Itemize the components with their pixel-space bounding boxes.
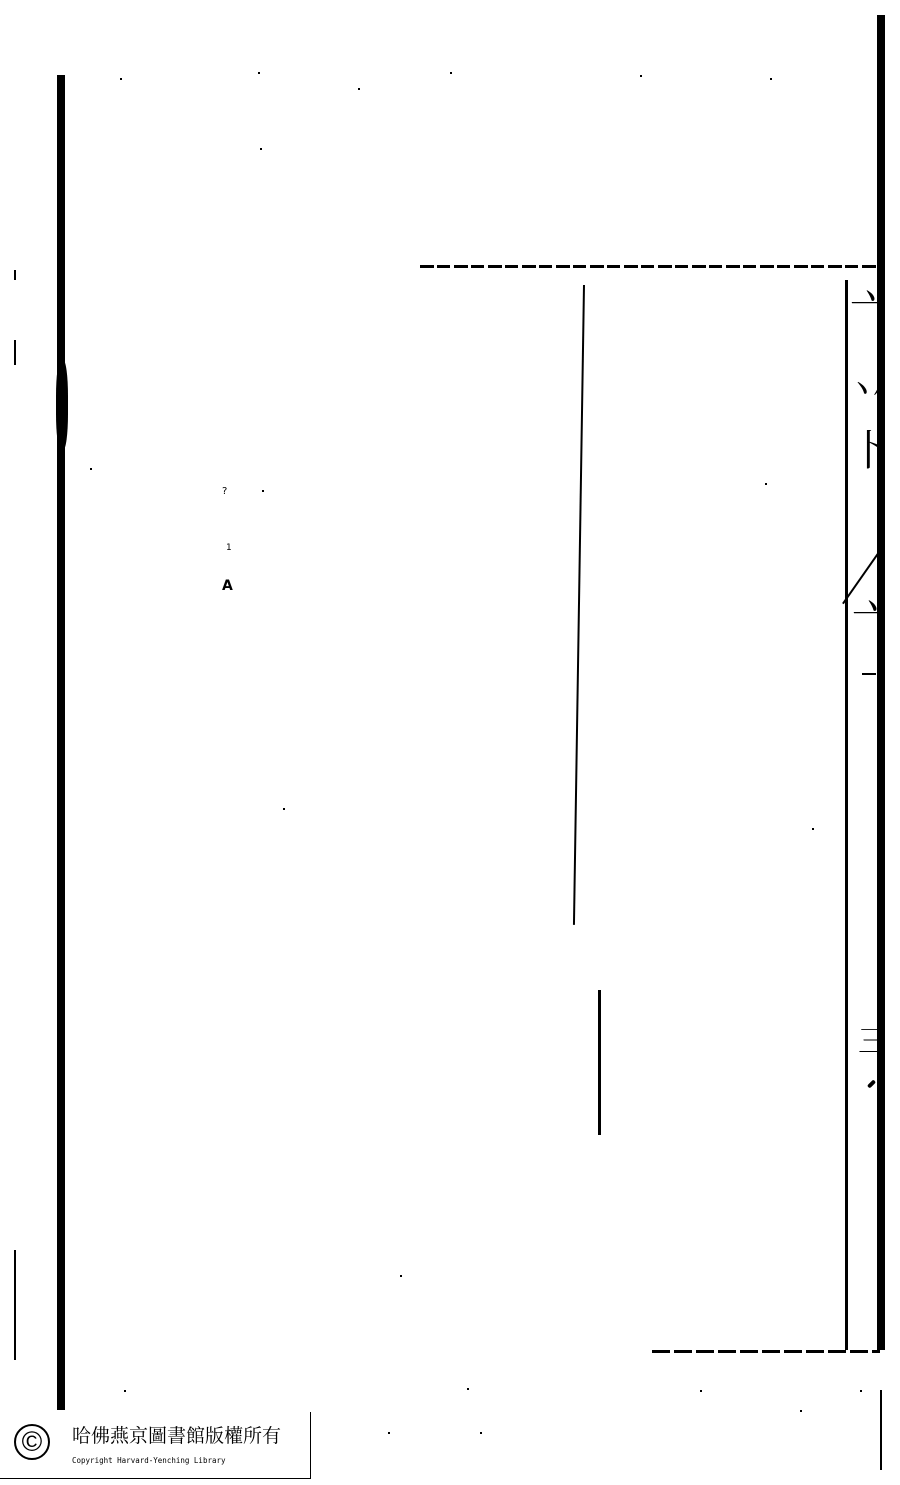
speck: [90, 468, 92, 470]
speck: [480, 1432, 482, 1434]
speck: [770, 78, 772, 80]
copyright-chinese-text: 哈佛燕京圖書館版權所有: [72, 1421, 281, 1448]
speck: [700, 1390, 702, 1392]
margin-char: 亠: [850, 290, 878, 332]
margin-dot-stroke: [867, 1079, 876, 1088]
speck: [258, 72, 260, 74]
stray-mark: ?: [222, 486, 227, 497]
frame-inner-vertical: [845, 280, 848, 1350]
left-binding-line: [57, 75, 65, 1410]
edge-mark: [14, 340, 16, 365]
copyright-icon: ©: [14, 1424, 50, 1460]
margin-char: 亠: [852, 600, 878, 642]
right-page-edge: [877, 15, 885, 1350]
speck: [450, 72, 452, 74]
speck: [260, 148, 262, 150]
speck: [812, 828, 814, 830]
speck: [860, 1390, 862, 1392]
column-divider-line: [573, 285, 585, 925]
copyright-english-text: Copyright Harvard-Yenching Library: [72, 1456, 226, 1465]
edge-mark: [14, 270, 16, 280]
speck: [283, 808, 285, 810]
right-page-edge-lower: [880, 1390, 882, 1470]
frame-bottom-line: [652, 1350, 880, 1353]
margin-char: 丷: [850, 370, 878, 412]
speck: [388, 1432, 390, 1434]
column-divider-line-lower: [598, 990, 601, 1135]
speck: [120, 78, 122, 80]
speck: [358, 88, 360, 90]
speck: [262, 490, 264, 492]
stray-mark: A: [222, 578, 233, 594]
speck: [640, 75, 642, 77]
stray-mark: 1: [226, 543, 232, 553]
frame-top-line: [420, 265, 878, 268]
speck: [124, 1390, 126, 1392]
speck: [400, 1275, 402, 1277]
edge-mark: [14, 1250, 16, 1360]
speck: [765, 483, 767, 485]
margin-dash: [862, 673, 876, 675]
margin-char: 卜: [850, 430, 878, 472]
speck: [800, 1410, 802, 1412]
speck: [467, 1388, 469, 1390]
copyright-stamp: © 哈佛燕京圖書館版權所有 Copyright Harvard-Yenching…: [0, 1412, 311, 1479]
margin-char-lower: 三: [858, 1025, 880, 1057]
left-binding-smudge: [56, 360, 68, 450]
